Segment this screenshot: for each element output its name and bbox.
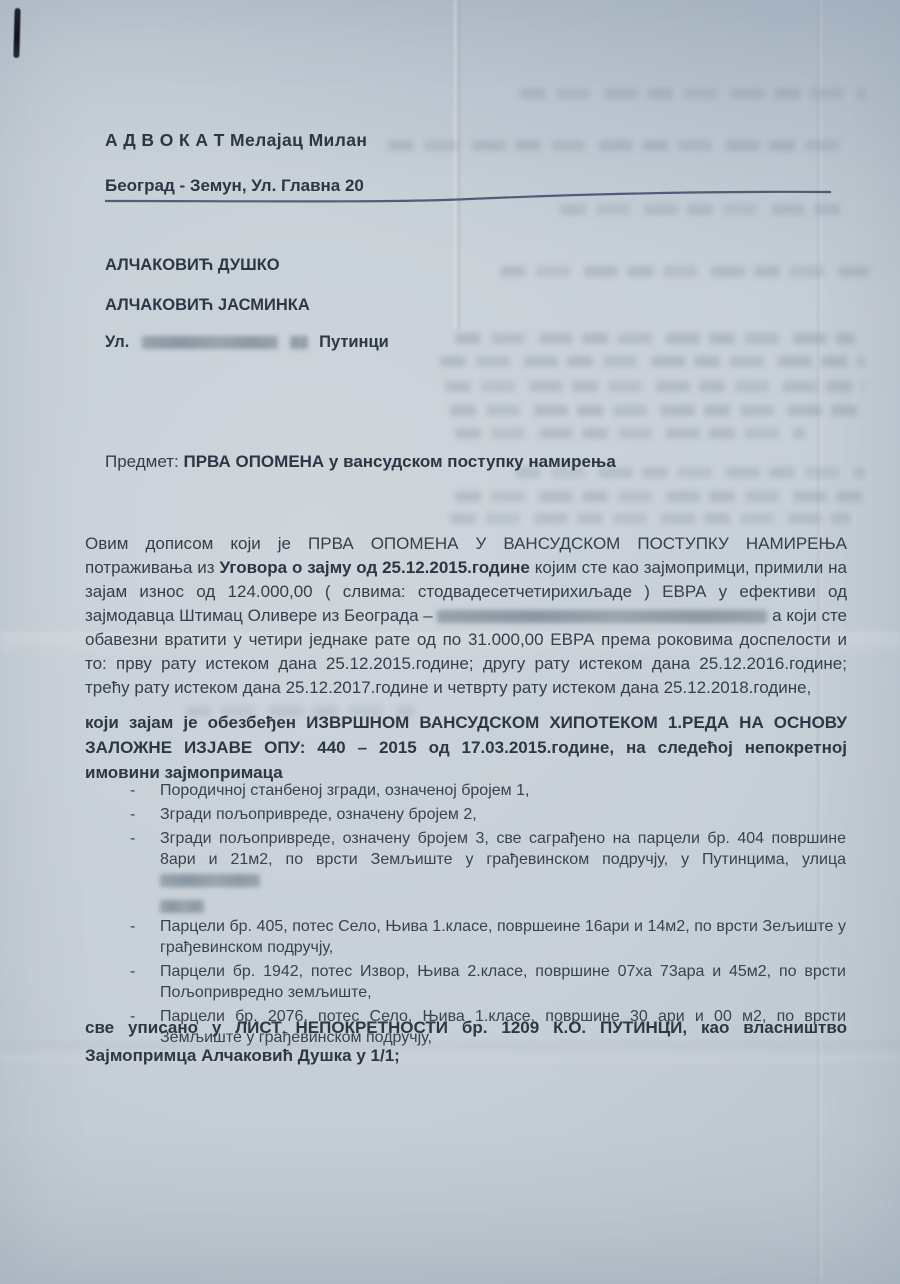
- bleed-through-text: [450, 405, 865, 416]
- bullet-dash: -: [130, 828, 160, 911]
- pen-mark: [13, 8, 20, 58]
- property-item-4: Парцели бр. 405, потес Село, Њива 1.клас…: [160, 916, 846, 958]
- list-item: - Породичној станбеној згради, означеној…: [130, 780, 846, 801]
- paper-fold-crease: [454, 0, 460, 330]
- bleed-through-text: [520, 88, 865, 99]
- paragraph-hypothec: који зајам је обезбеђен ИЗВРШНОМ ВАНСУДС…: [85, 710, 847, 785]
- p1-notice: ПРВА ОПОМЕНА У ВАНСУДСКОМ ПОСТУПКУ НАМИР…: [308, 534, 847, 553]
- letterhead-rule: [101, 187, 841, 209]
- redacted-street-name: [142, 336, 278, 349]
- bullet-dash: -: [130, 961, 160, 1003]
- recipient-block: АЛЧАКОВИЋ ДУШКО АЛЧАКОВИЋ ЈАСМИНКА Ул. П…: [105, 255, 389, 352]
- subject-line: Предмет: ПРВА ОПОМЕНА у вансудском посту…: [105, 452, 616, 472]
- list-item: - Парцели бр. 1942, потес Извор, Њива 2.…: [130, 961, 846, 1003]
- property-item-3-text: Згради пољопривреде, означену бројем 3, …: [160, 830, 846, 868]
- p1-contract-date: Уговора о зајму од 25.12.2015.године: [219, 558, 529, 577]
- list-item: - Згради пољопривреде, означену бројем 2…: [130, 804, 846, 825]
- bleed-through-text: [500, 266, 870, 277]
- bleed-through-text: [445, 381, 865, 392]
- p1-intro: Овим дописом који је: [85, 534, 308, 553]
- closing-statement: све уписано у ЛИСТ НЕПОКРЕТНОСТИ бр. 120…: [85, 1014, 847, 1070]
- subject-label: Предмет:: [105, 452, 179, 471]
- bleed-through-text: [450, 513, 850, 524]
- list-item: - Парцели бр. 405, потес Село, Њива 1.кл…: [130, 916, 846, 958]
- redacted-lender-address: [437, 610, 767, 623]
- redacted-street-name: [160, 874, 260, 887]
- street-prefix: Ул.: [105, 333, 129, 351]
- bleed-through-text: [388, 140, 853, 151]
- recipient-name-2: АЛЧАКОВИЋ ЈАСМИНКА: [105, 295, 389, 316]
- p2-lead: који зајам је обезбеђен: [85, 713, 306, 732]
- recipient-name-1: АЛЧАКОВИЋ ДУШКО: [105, 255, 389, 276]
- subject-title: ПРВА ОПОМЕНА у вансудском поступку намир…: [184, 452, 616, 471]
- bullet-dash: -: [130, 804, 160, 825]
- bleed-through-text: [455, 333, 855, 344]
- document-photo: А Д В О К А Т Мелајац Милан Београд - Зе…: [0, 0, 900, 1284]
- bleed-through-text: [455, 428, 805, 439]
- property-item-5: Парцели бр. 1942, потес Извор, Њива 2.кл…: [160, 961, 846, 1003]
- redacted-house-number: [160, 900, 204, 913]
- bullet-dash: -: [130, 780, 160, 801]
- list-item: - Згради пољопривреде, означену бројем 3…: [130, 828, 846, 911]
- property-item-1: Породичној станбеној згради, означеној б…: [160, 780, 846, 801]
- recipient-address: Ул. Путинци: [105, 333, 389, 352]
- paragraph-loan-terms: Овим дописом који је ПРВА ОПОМЕНА У ВАНС…: [85, 532, 847, 700]
- bleed-through-text: [440, 356, 865, 367]
- property-item-3: Згради пољопривреде, означену бројем 3, …: [160, 828, 846, 911]
- p1-claim: потраживања из: [85, 558, 219, 577]
- bullet-dash: -: [130, 916, 160, 958]
- attorney-name: А Д В О К А Т Мелајац Милан: [105, 130, 367, 151]
- property-item-2: Згради пољопривреде, означену бројем 2,: [160, 804, 846, 825]
- property-list: - Породичној станбеној згради, означеној…: [130, 780, 846, 1051]
- recipient-city: Путинци: [319, 333, 389, 351]
- redacted-house-number: [290, 336, 308, 349]
- bleed-through-text: [455, 491, 865, 502]
